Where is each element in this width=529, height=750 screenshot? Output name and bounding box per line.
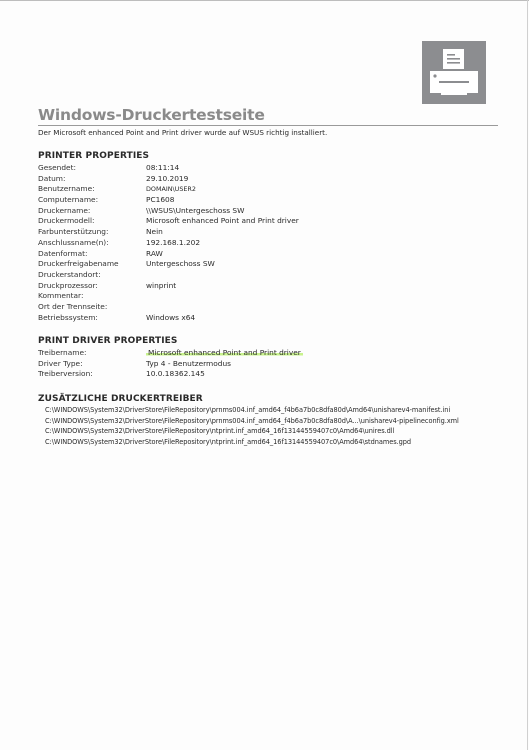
property-label: Druckerstandort:: [38, 270, 143, 281]
property-row: Gesendet:08:11:14: [38, 163, 508, 174]
property-label: Treiberversion:: [38, 369, 143, 380]
property-value: Windows x64: [146, 313, 195, 324]
property-row: Druckermodell:Microsoft enhanced Point a…: [38, 216, 508, 227]
property-value: 10.0.18362.145: [146, 369, 205, 380]
additional-drivers-list: C:\WINDOWS\System32\DriverStore\FileRepo…: [45, 405, 515, 448]
property-row: Druckprozessor:winprint: [38, 281, 508, 292]
print-driver-properties-list: Treibername:Microsoft enhanced Point and…: [38, 348, 508, 380]
property-label: Betriebssystem:: [38, 313, 143, 324]
property-row: Kommentar:: [38, 291, 508, 302]
driver-file-path: C:\WINDOWS\System32\DriverStore\FileRepo…: [45, 426, 515, 437]
property-row: Betriebssystem:Windows x64: [38, 313, 508, 324]
title-divider: [38, 125, 498, 126]
property-row: Datenformat:RAW: [38, 249, 508, 260]
property-value: Typ 4 - Benutzermodus: [146, 359, 231, 370]
property-value: Microsoft enhanced Point and Print drive…: [146, 216, 299, 227]
property-value: Microsoft enhanced Point and Print drive…: [146, 348, 303, 359]
printer-properties-list: Gesendet:08:11:14Datum:29.10.2019Benutze…: [38, 163, 508, 323]
driver-file-path: C:\WINDOWS\System32\DriverStore\FileRepo…: [45, 416, 515, 427]
install-status-text: Der Microsoft enhanced Point and Print d…: [38, 128, 327, 137]
scan-right-edge: [527, 0, 528, 750]
property-label: Gesendet:: [38, 163, 143, 174]
property-row: Ort der Trennseite:: [38, 302, 508, 313]
property-row: Treiberversion:10.0.18362.145: [38, 369, 508, 380]
property-row: Treibername:Microsoft enhanced Point and…: [38, 348, 508, 359]
property-value: Nein: [146, 227, 163, 238]
property-row: Benutzername:DOMAIN\USER2: [38, 184, 508, 195]
property-value: Untergeschoss SW: [146, 259, 215, 270]
property-label: Ort der Trennseite:: [38, 302, 143, 313]
property-row: Druckername:\\WSUS\Untergeschoss SW: [38, 206, 508, 217]
additional-drivers-heading: ZUSÄTZLICHE DRUCKERTREIBER: [38, 394, 203, 404]
driver-file-path: C:\WINDOWS\System32\DriverStore\FileRepo…: [45, 437, 515, 448]
property-label: Treibername:: [38, 348, 143, 359]
printer-properties-heading: PRINTER PROPERTIES: [38, 151, 149, 161]
property-label: Computername:: [38, 195, 143, 206]
page-title: Windows-Druckertestseite: [38, 106, 265, 124]
property-row: Farbunterstützung:Nein: [38, 227, 508, 238]
property-value: winprint: [146, 281, 176, 292]
property-value: 08:11:14: [146, 163, 179, 174]
property-label: Druckername:: [38, 206, 143, 217]
property-row: Datum:29.10.2019: [38, 174, 508, 185]
property-row: Computername:PC1608: [38, 195, 508, 206]
property-row: Driver Type:Typ 4 - Benutzermodus: [38, 359, 508, 370]
property-value: 29.10.2019: [146, 174, 188, 185]
property-label: Druckermodell:: [38, 216, 143, 227]
property-value: RAW: [146, 249, 163, 260]
highlighted-value: Microsoft enhanced Point and Print drive…: [146, 348, 303, 357]
property-row: Anschlussname(n):192.168.1.202: [38, 238, 508, 249]
driver-file-path: C:\WINDOWS\System32\DriverStore\FileRepo…: [45, 405, 515, 416]
printer-icon: [422, 41, 486, 104]
print-driver-properties-heading: PRINT DRIVER PROPERTIES: [38, 336, 177, 346]
property-value: PC1608: [146, 195, 174, 206]
scan-top-edge: [0, 0, 529, 1]
property-value: 192.168.1.202: [146, 238, 200, 249]
property-label: Benutzername:: [38, 184, 143, 195]
property-label: Datum:: [38, 174, 143, 185]
property-label: Anschlussname(n):: [38, 238, 143, 249]
property-row: DruckerfreigabenameUntergeschoss SW: [38, 259, 508, 270]
property-label: Druckprozessor:: [38, 281, 143, 292]
property-value: \\WSUS\Untergeschoss SW: [146, 206, 244, 217]
property-label: Druckerfreigabename: [38, 259, 143, 270]
property-label: Kommentar:: [38, 291, 143, 302]
property-row: Druckerstandort:: [38, 270, 508, 281]
property-label: Driver Type:: [38, 359, 143, 370]
property-label: Farbunterstützung:: [38, 227, 143, 238]
property-value: DOMAIN\USER2: [146, 184, 196, 195]
property-label: Datenformat:: [38, 249, 143, 260]
